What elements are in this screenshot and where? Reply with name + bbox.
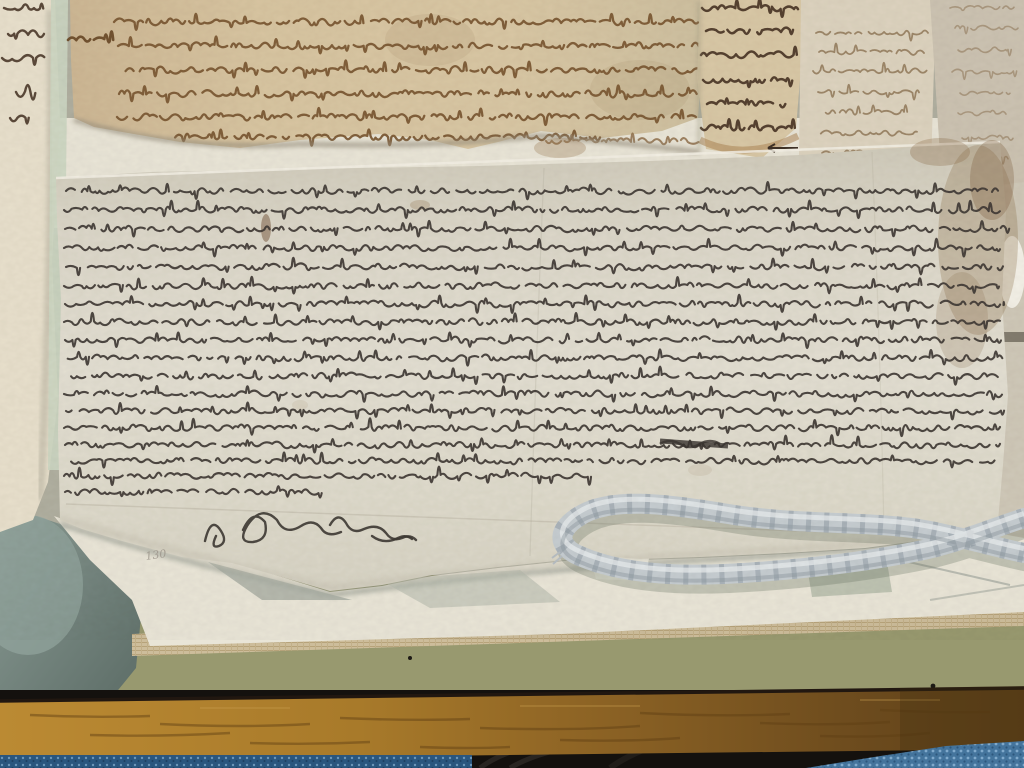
wood-rail-dark-end <box>900 686 1024 750</box>
carpet-strip-bottom-left <box>0 755 472 768</box>
archive-photo: 130 <box>0 0 1024 768</box>
archive-photo-scene: 130 <box>0 0 1024 768</box>
parchment-texture-noise <box>0 0 1024 640</box>
board-speck <box>408 656 412 660</box>
